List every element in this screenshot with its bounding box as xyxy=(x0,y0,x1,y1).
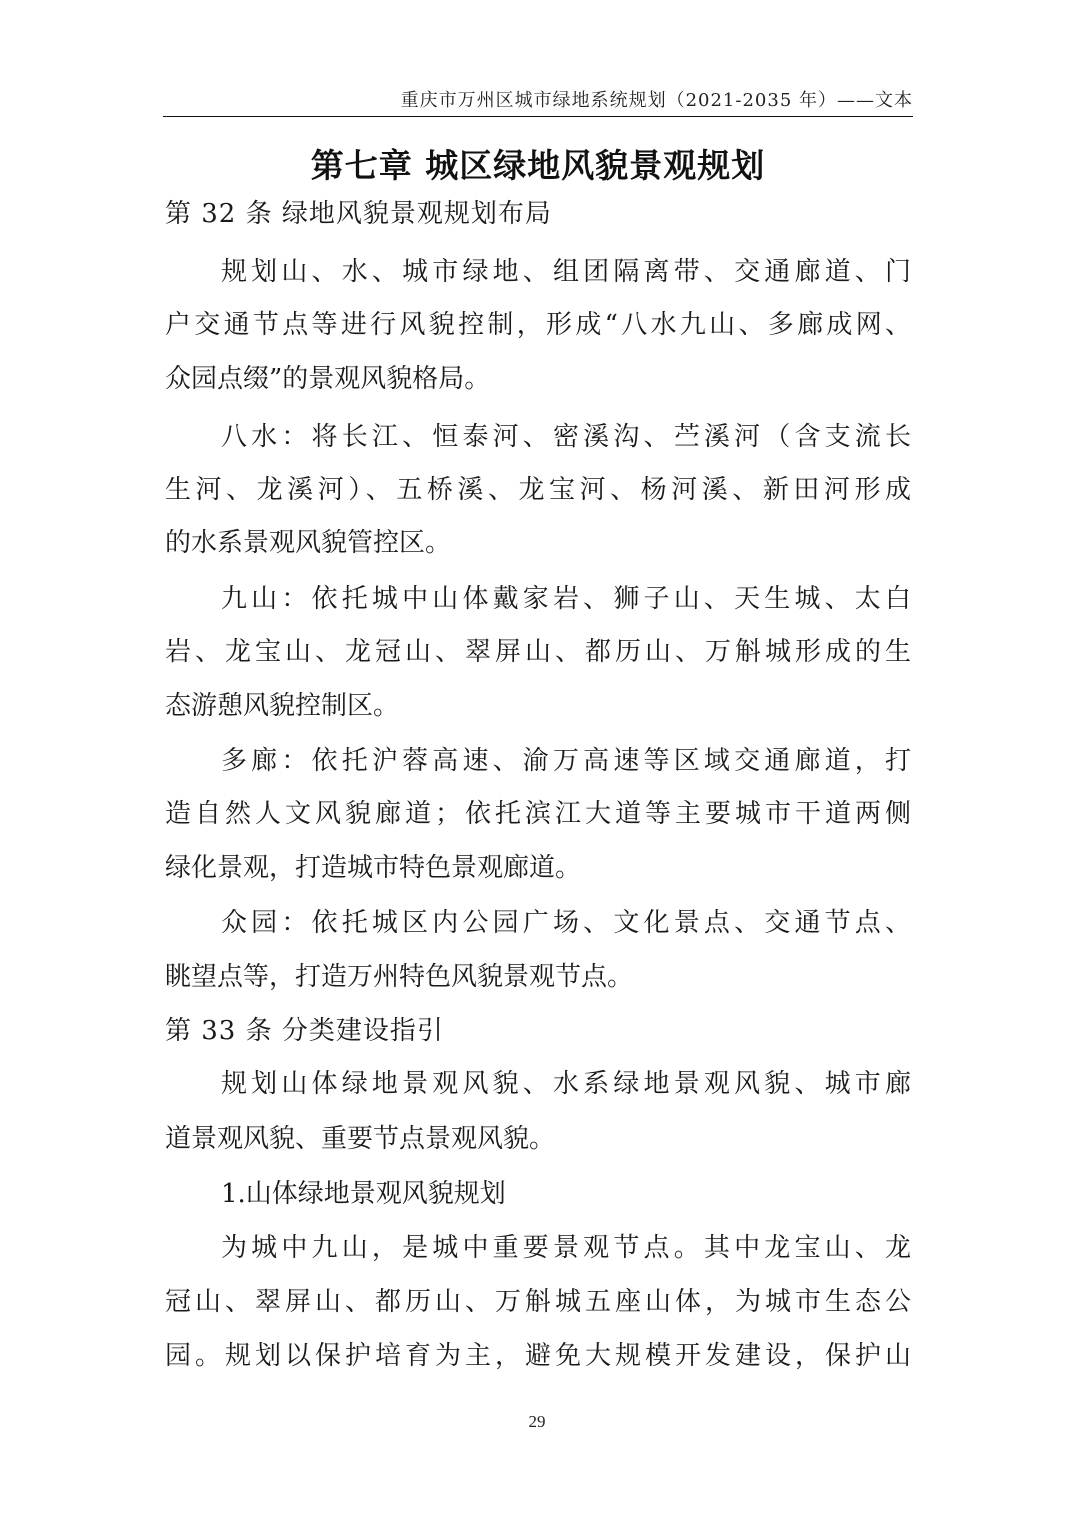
paragraph-line: 规划山体绿地景观风貌、水系绿地景观风貌、城市廊 xyxy=(221,1068,911,1100)
paragraph-line: 为城中九山，是城中重要景观节点。其中龙宝山、龙 xyxy=(221,1232,911,1264)
subsection-1-title: 1.山体绿地景观风貌规划 xyxy=(221,1178,911,1210)
header-divider xyxy=(163,116,913,117)
paragraph-line: 绿化景观，打造城市特色景观廊道。 xyxy=(165,852,911,884)
paragraph-line: 生河、龙溪河）、五桥溪、龙宝河、杨河溪、新田河形成 xyxy=(165,474,911,506)
paragraph-line: 眺望点等，打造万州特色风貌景观节点。 xyxy=(165,961,911,993)
paragraph-line: 园。规划以保护培育为主，避免大规模开发建设，保护山 xyxy=(165,1340,911,1372)
paragraph-line: 的水系景观风貌管控区。 xyxy=(165,527,911,559)
paragraph-line: 规划山、水、城市绿地、组团隔离带、交通廊道、门 xyxy=(221,256,911,288)
chapter-title: 第七章 城区绿地风貌景观规划 xyxy=(163,140,913,187)
paragraph-line: 道景观风貌、重要节点景观风貌。 xyxy=(165,1123,911,1155)
article-32-heading: 第 32 条 绿地风貌景观规划布局 xyxy=(165,198,552,230)
paragraph-line: 造自然人文风貌廊道；依托滨江大道等主要城市干道两侧 xyxy=(165,798,911,830)
paragraph-line: 九山：依托城中山体戴家岩、狮子山、天生城、太白 xyxy=(221,583,911,615)
paragraph-line: 八水：将长江、恒泰河、密溪沟、苎溪河（含支流长 xyxy=(221,421,911,453)
paragraph-line: 众园：依托城区内公园广场、文化景点、交通节点、 xyxy=(221,907,911,939)
paragraph-line: 众园点缀”的景观风貌格局。 xyxy=(165,363,911,395)
paragraph-line: 态游憩风貌控制区。 xyxy=(165,690,911,722)
paragraph-line: 岩、龙宝山、龙冠山、翠屏山、都历山、万斛城形成的生 xyxy=(165,636,911,668)
running-header: 重庆市万州区城市绿地系统规划（2021-2035 年）——文本 xyxy=(163,86,913,112)
page-number: 29 xyxy=(0,1412,1074,1432)
paragraph-line: 户交通节点等进行风貌控制，形成“八水九山、多廊成网、 xyxy=(165,309,911,341)
paragraph-line: 冠山、翠屏山、都历山、万斛城五座山体，为城市生态公 xyxy=(165,1286,911,1318)
paragraph-line: 多廊：依托沪蓉高速、渝万高速等区域交通廊道，打 xyxy=(221,745,911,777)
article-33-heading: 第 33 条 分类建设指引 xyxy=(165,1015,444,1047)
